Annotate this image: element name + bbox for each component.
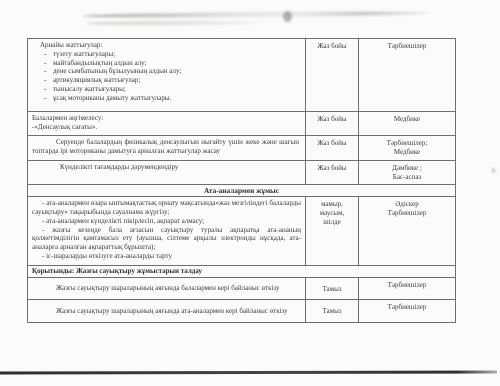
ink-mark (283, 11, 292, 22)
scanned-page: { "colors": { "paper": "#fbfbf9", "table… (0, 0, 500, 386)
parents-bullet: - жазғы кезеңде бала ағзасын сауықтыру т… (32, 226, 301, 252)
activity-title: Арнайы жаттығулар: (40, 41, 301, 50)
conclusion-header: Қорытынды: Жазғы сауықтыру жұмыстарын та… (28, 266, 456, 278)
bullet-item: -майтабандылықтың алдын алу; (44, 59, 301, 68)
bullet-text: дене сымбатының бұзылуының алдын алу; (53, 67, 181, 76)
parents-bullet: - ата-аналармен өзара ынтымақтастық орна… (32, 199, 301, 217)
dash-marker: - (44, 67, 53, 76)
responsible-cell: Медбике (359, 112, 456, 136)
responsible-cell: Дәмбике ; Бас-аспаз (359, 161, 456, 185)
activity-cell: Серуенде балалардың физикалық денсаулығы… (28, 136, 306, 161)
bullet-item: -ұсақ моториканы дамыту жаттығулары. (44, 94, 301, 103)
dash-marker: - (44, 76, 53, 85)
table-row-parents-work: - ата-аналармен өзара ынтымақтастық орна… (28, 197, 456, 266)
table-row-vitamins: Күнделікті тағамдарды дәрумендендіру Жаз… (28, 161, 456, 185)
responsible-cell: Тәрбиешілер (359, 278, 456, 300)
activity-cell: Жазғы сауықтыру шараларының аяғында ата-… (28, 300, 306, 323)
bullet-text: ұсақ моториканы дамыту жаттығулары. (53, 94, 171, 103)
bullet-item: -дене сымбатының бұзылуының алдын алу; (44, 67, 301, 76)
period-cell: Жаз бойы (306, 136, 359, 161)
pencil-smudge-top (83, 10, 428, 18)
period-cell: Жаз бойы (306, 39, 359, 112)
bullet-text: артикуляциялық жаттығулар; (53, 76, 140, 85)
bullet-text: майтабандылықтың алдын алу; (53, 59, 146, 68)
responsible-cell: Әдіскер Тәрбиешілер (359, 197, 456, 266)
activity-cell: Жазғы сауықтыру шараларының аяғында бала… (28, 278, 306, 300)
period-cell: Жаз бойы (306, 161, 359, 185)
dash-marker: - (44, 50, 53, 59)
table-row-special-exercises: Арнайы жаттығулар: -түзету жаттығулары; … (28, 39, 456, 112)
period-cell: мамыр, маусым, шілде (306, 197, 359, 266)
activity-cell: Арнайы жаттығулар: -түзету жаттығулары; … (28, 39, 306, 112)
parents-bullet: - іс-шараларды өткізуге ата-аналарды тар… (32, 252, 301, 261)
conclusion-header-row: Қорытынды: Жазғы сауықтыру жұмыстарын та… (28, 266, 456, 278)
scan-edge-shadow (0, 370, 497, 374)
responsible-cell: Тәрбиешілер (359, 300, 456, 323)
table-row-talks: Балалармен әңгімелесу: -«Денсаулық сағат… (28, 112, 456, 136)
period-cell: Жаз бойы (306, 112, 359, 136)
summer-health-plan-table: Арнайы жаттығулар: -түзету жаттығулары; … (27, 38, 456, 323)
scan-dust-mark (492, 168, 495, 173)
table-row-feedback-parents: Жазғы сауықтыру шараларының аяғында ата-… (28, 300, 456, 323)
period-cell: Тамыз (306, 300, 359, 323)
section-header-row: Ата-аналармен жұмыс (28, 185, 456, 197)
dash-marker: - (44, 85, 53, 94)
table-row-walk-exercises: Серуенде балалардың физикалық денсаулығы… (28, 136, 456, 161)
pencil-smudge-lower (86, 21, 261, 26)
bullet-item: -түзету жаттығулары; (44, 50, 301, 59)
activity-cell: Балалармен әңгімелесу: -«Денсаулық сағат… (28, 112, 306, 136)
responsible-cell: Тәрбиешілер; Медбике (359, 136, 456, 161)
bullet-text: түзету жаттығулары; (53, 50, 115, 59)
dash-marker: - (44, 59, 53, 68)
section-header: Ата-аналармен жұмыс (28, 185, 456, 197)
table-row-feedback-children: Жазғы сауықтыру шараларының аяғында бала… (28, 278, 456, 300)
bullet-item: -артикуляциялық жаттығулар; (44, 76, 301, 85)
dash-marker: - (44, 94, 53, 103)
period-cell: Тамыз (306, 278, 359, 300)
responsible-cell: Тәрбиешілер (359, 39, 456, 112)
activity-cell: - ата-аналармен өзара ынтымақтастық орна… (28, 197, 306, 266)
bullet-item: -тынысалу жаттығулары; (44, 85, 301, 94)
activity-cell: Күнделікті тағамдарды дәрумендендіру (28, 161, 306, 185)
parents-bullet: - ата-аналармен күнделікті пікірлесіп, а… (32, 217, 301, 226)
bullet-text: тынысалу жаттығулары; (53, 85, 126, 94)
